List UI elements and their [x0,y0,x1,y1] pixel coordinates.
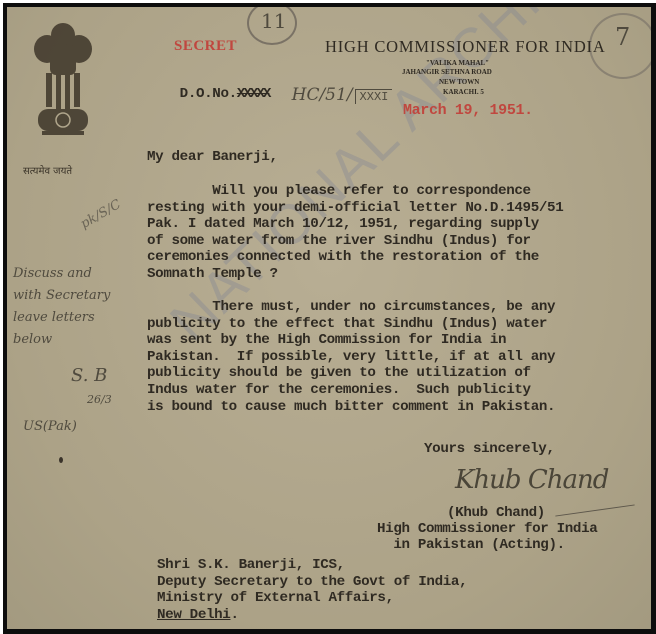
margin-top-note: pk/S/C [78,197,123,232]
addressee-block: Shri S.K. Banerji, ICS, Deputy Secretary… [157,557,467,623]
corner-mark-number: 7 [615,23,630,51]
signatory-title-line-1: High Commissioner for India [377,521,597,538]
do-label: D.O.No. [180,86,237,102]
handwritten-signature: Khub Chand [455,465,608,495]
letter-date: March 19, 1951. [403,103,533,120]
do-boxed-ref: XXXI [355,89,393,104]
addressee-line: Shri S.K. Banerji, ICS, [157,557,467,574]
paragraph-1-line: resting with your demi-official letter N… [147,200,563,217]
archival-letter-page: NATIONAL ARCHIVES OF INDIA सत्यमेव जयते … [3,3,656,634]
paragraph-2-line: is bound to cause much bitter comment in… [147,399,555,416]
margin-note-line: Discuss and [13,263,110,285]
do-struck-number: XXXXX [237,86,270,102]
margin-note-line: with Secretary [13,285,110,307]
margin-initials: S. B [71,365,107,386]
salutation: My dear Banerji, [147,149,278,166]
paragraph-2: There must, under no circumstances, be a… [147,299,555,415]
paragraph-2-line: was sent by the High Commission for Indi… [147,332,555,349]
signatory-name: (Khub Chand) [447,505,545,522]
margin-routing-note: US(Pak) [23,419,77,434]
ink-spot [59,457,63,463]
paragraph-2-line: publicity should be given to the utiliza… [147,365,555,382]
paragraph-1-line: Somnath Temple ? [147,266,563,283]
margin-initials-date: 26/3 [87,393,112,406]
signatory-title-line-2: in Pakistan (Acting). [377,537,565,554]
circled-number-stamp: 11 [247,3,297,45]
address-line-4: KARACHI. 5 [443,88,484,96]
addressee-city: New Delhi [157,607,230,623]
address-line-3: NEW TOWN [439,78,479,86]
paragraph-1-line: ceremonies connected with the restoratio… [147,249,563,266]
addressee-line: Deputy Secretary to the Govt of India, [157,574,467,591]
addressee-city-suffix: . [230,607,238,623]
address-line-1: "VALIKA MAHAL" [426,59,489,67]
pen-stroke [555,504,634,516]
margin-note-block: Discuss and with Secretary leave letters… [13,263,110,351]
do-handwritten-text: HC/51/ [292,85,353,105]
margin-note-line: leave letters [13,307,110,329]
paragraph-2-line: There must, under no circumstances, be a… [147,299,555,316]
paragraph-1-line: of some water from the river Sindhu (Ind… [147,233,563,250]
closing: Yours sincerely, [424,441,555,458]
addressee-city-line: New Delhi. [157,607,467,624]
emblem-motto: सत्यमेव जयते [23,163,72,177]
paragraph-1-line: Will you please refer to correspondence [147,183,563,200]
circled-number: 11 [261,9,286,33]
do-handwritten-ref: HC/51/XXXI [270,65,392,125]
do-number-label: D.O.No.XXXXX [147,69,269,119]
letterhead-title: HIGH COMMISSIONER FOR INDIA [325,37,606,57]
margin-note-line: below [13,329,110,351]
ashoka-emblem-icon [30,15,96,165]
paragraph-1-line: Pak. I dated March 10/12, 1951, regardin… [147,216,563,233]
addressee-line: Ministry of External Affairs, [157,590,467,607]
paragraph-2-line: Pakistan. If possible, very little, if a… [147,349,555,366]
paragraph-2-line: publicity to the effect that Sindhu (Ind… [147,316,555,333]
paragraph-2-line: Indus water for the ceremonies. Such pub… [147,382,555,399]
paragraph-1: Will you please refer to correspondence … [147,183,563,283]
classification-label: SECRET [174,38,237,55]
address-line-2: JAHANGIR SETHNA ROAD [402,68,492,76]
